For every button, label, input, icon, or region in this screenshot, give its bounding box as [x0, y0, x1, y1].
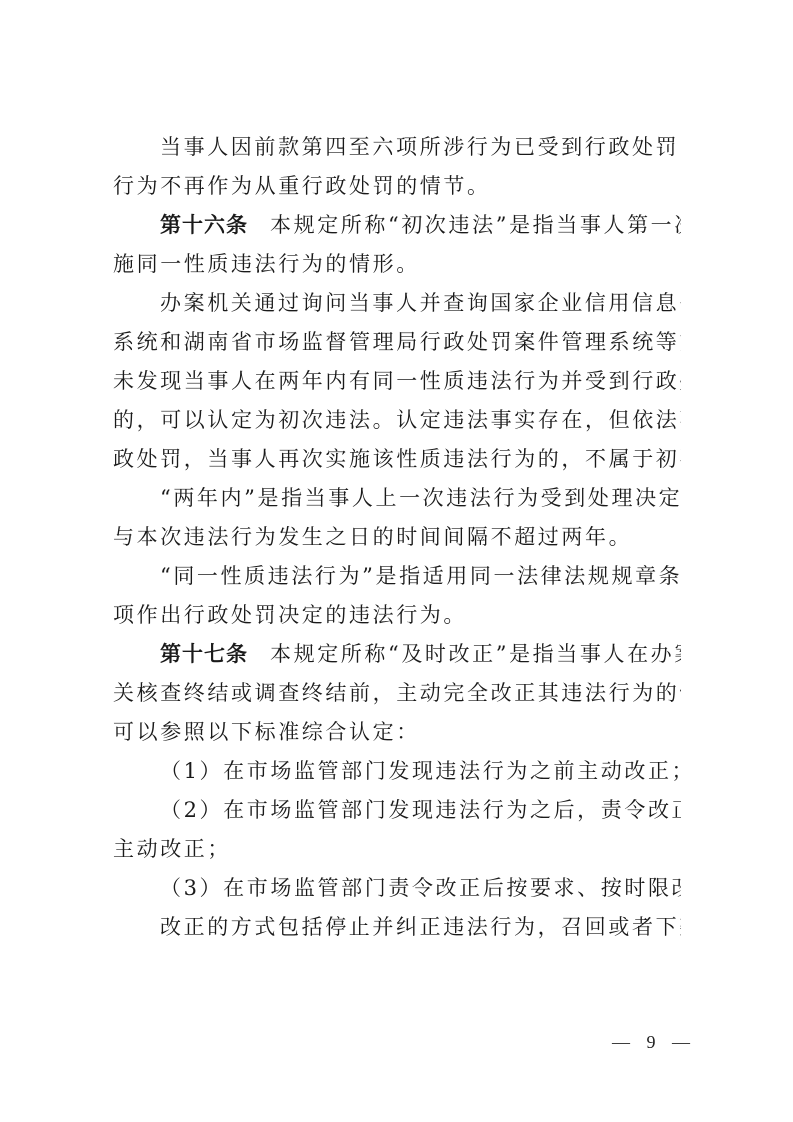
list-item: （3）在市场监管部门责令改正后按要求、按时限改正。: [113, 869, 681, 908]
text-line: “同一性质违法行为”是指适用同一法律法规规章条、款、: [113, 557, 681, 596]
text-line: 本规定所称“初次违法”是指当事人第一次实: [270, 213, 681, 237]
text-line: 系统和湖南省市场监督管理局行政处罚案件管理系统等方式，: [113, 323, 681, 362]
text-line: 与本次违法行为发生之日的时间间隔不超过两年。: [113, 518, 681, 557]
text-line: 主动改正；: [113, 830, 681, 869]
text-line: 行为不再作为从重行政处罚的情节。: [113, 167, 681, 206]
text-line: 办案机关通过询问当事人并查询国家企业信用信息公示: [113, 284, 681, 323]
text-line: “两年内”是指当事人上一次违法行为受到处理决定之日: [113, 479, 681, 518]
text-line: 改正的方式包括停止并纠正违法行为，召回或者下架涉: [113, 908, 681, 947]
text-line: 未发现当事人在两年内有同一性质违法行为并受到行政处理: [113, 362, 681, 401]
article-heading: 第十七条: [160, 642, 248, 666]
article-17-line: 第十七条本规定所称“及时改正”是指当事人在办案机: [113, 635, 681, 674]
text-line: 政处罚，当事人再次实施该性质违法行为的，不属于初次违法。: [113, 440, 681, 479]
text-line: 本规定所称“及时改正”是指当事人在办案机: [270, 642, 681, 666]
text-line: 项作出行政处罚决定的违法行为。: [113, 596, 681, 635]
text-line: 的，可以认定为初次违法。认定违法事实存在，但依法不予行: [113, 401, 681, 440]
text-line: 施同一性质违法行为的情形。: [113, 245, 681, 284]
article-16-line: 第十六条本规定所称“初次违法”是指当事人第一次实: [113, 206, 681, 245]
list-item: （2）在市场监管部门发现违法行为之后，责令改正之前: [113, 791, 681, 830]
list-item: （1）在市场监管部门发现违法行为之前主动改正；: [113, 752, 681, 791]
text-line: 关核查终结或调查终结前，主动完全改正其违法行为的情形。: [113, 674, 681, 713]
page-number: — 9 —: [612, 1032, 696, 1053]
document-body: 当事人因前款第四至六项所涉行为已受到行政处罚的，该 行为不再作为从重行政处罚的情…: [113, 128, 681, 947]
text-line: 可以参照以下标准综合认定：: [113, 713, 681, 752]
text-line: 当事人因前款第四至六项所涉行为已受到行政处罚的，该: [113, 128, 681, 167]
article-heading: 第十六条: [160, 213, 248, 237]
